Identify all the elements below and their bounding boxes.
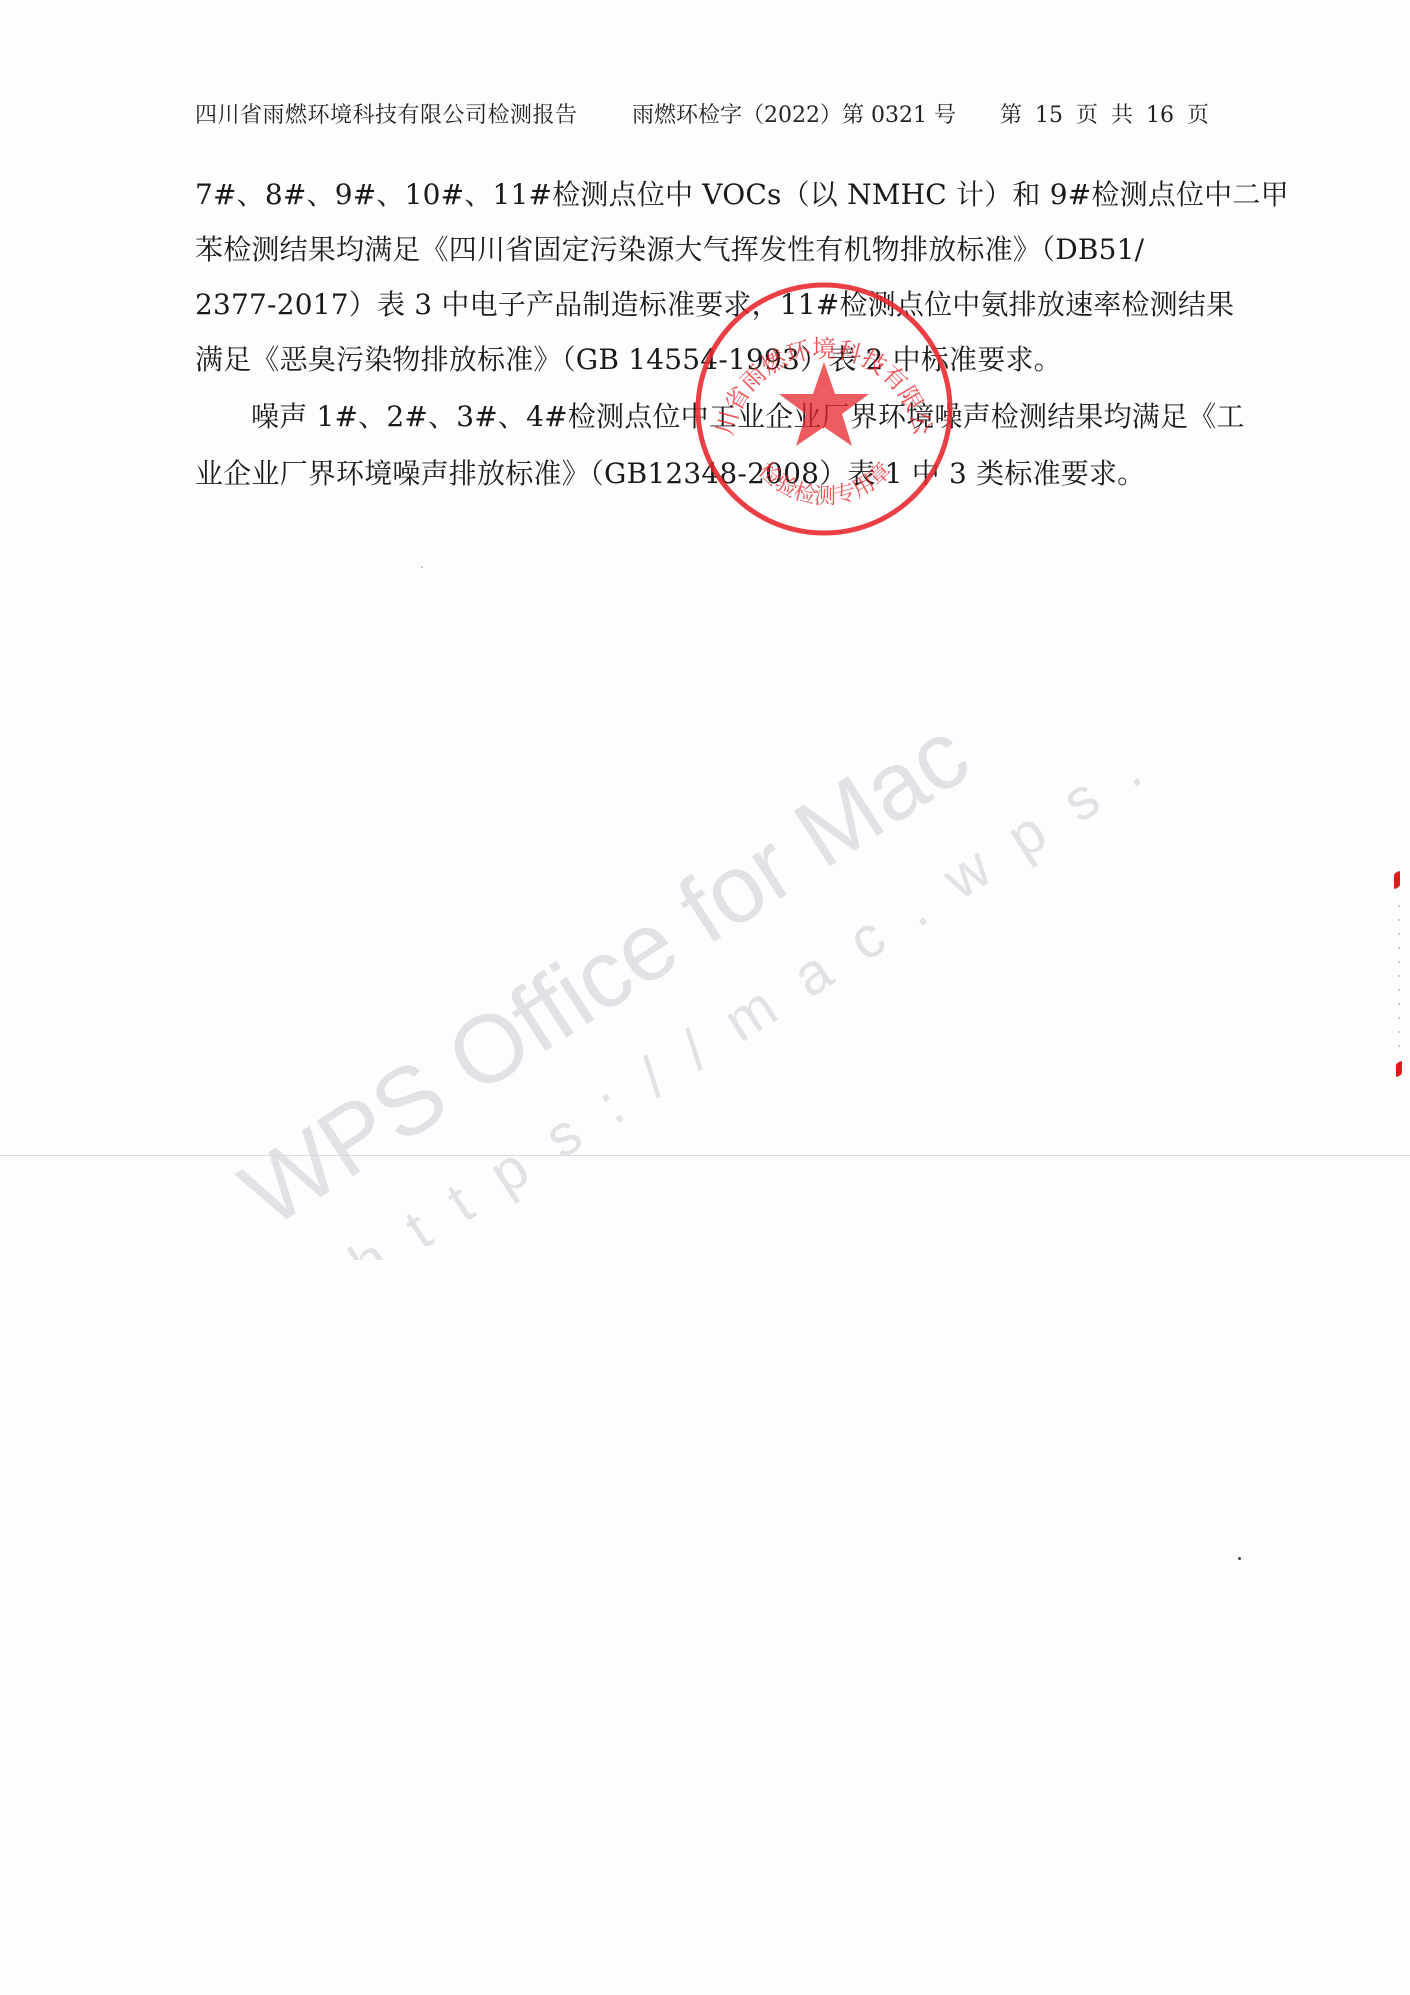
- body-line: 业企业厂界环境噪声排放标准》（GB12348-2008）表 1 中 3 类标准要…: [195, 457, 1145, 491]
- edge-dots: [1398, 905, 1400, 1055]
- watermark-line-2: https://mac.wps.cn/: [338, 640, 1140, 1260]
- document-page: 四川省雨燃环境科技有限公司检测报告 雨燃环检字（2022）第 0321 号 第 …: [0, 0, 1410, 1995]
- body-line: 苯检测结果均满足《四川省固定污染源大气挥发性有机物排放标准》（DB51/: [195, 233, 1144, 267]
- watermark-line-1: WPS Office for Mac: [223, 700, 987, 1248]
- edge-seal-fragment: [1394, 870, 1400, 889]
- wps-watermark: WPS Office for Mac https://mac.wps.cn/: [180, 640, 1140, 1260]
- edge-seal-fragment: [1396, 1060, 1402, 1077]
- scan-fold-line: [0, 1155, 1410, 1156]
- header-document-number: 雨燃环检字（2022）第 0321 号: [632, 101, 956, 131]
- header-page-indicator: 第 15 页 共 16 页: [1000, 101, 1209, 131]
- body-line: 噪声 1#、2#、3#、4#检测点位中工业企业厂界环境噪声检测结果均满足《工: [251, 400, 1245, 434]
- scan-speck: [421, 566, 423, 568]
- body-line: 2377-2017）表 3 中电子产品制造标准要求，11#检测点位中氨排放速率检…: [195, 288, 1234, 322]
- header-company-report: 四川省雨燃环境科技有限公司检测报告: [195, 101, 578, 131]
- body-line: 7#、8#、9#、10#、11#检测点位中 VOCs（以 NMHC 计）和 9#…: [195, 178, 1289, 212]
- body-line: 满足《恶臭污染物排放标准》（GB 14554-1993）表 2 中标准要求。: [195, 343, 1062, 377]
- scan-speck: [1238, 1557, 1241, 1560]
